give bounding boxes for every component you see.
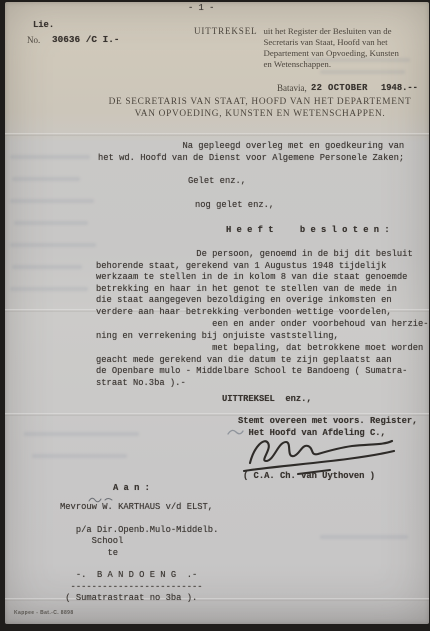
addressee-label: A a n : — [113, 483, 150, 495]
decision-paragraph: De persoon, genoemd in de bij dit beslui… — [96, 249, 413, 319]
ghost-text-line — [10, 243, 96, 247]
ghost-text-line — [320, 535, 408, 539]
decision-heading: H e e f t b e s l o t e n : — [226, 225, 390, 237]
consultation-paragraph: Na gepleegd overleg met en goedkeuring v… — [98, 141, 404, 164]
nog-gelet-clause: nog gelet enz., — [195, 200, 274, 212]
addressee-block: Mevrouw W. KARTHAUS v/d ELST, p/a Dir.Op… — [60, 502, 218, 605]
ghost-text-line — [32, 454, 127, 458]
ghost-text-line — [12, 177, 80, 181]
ghost-text-line — [10, 155, 90, 159]
placement-paragraph: met bepaling, dat betrokkene moet worden… — [96, 343, 423, 389]
reservation-paragraph: een en ander onder voorbehoud van herzie… — [96, 319, 429, 342]
ghost-text-line — [320, 70, 405, 74]
extract-header-text: uit het Register der Besluiten van de Se… — [264, 26, 399, 70]
page-number: - 1 - — [188, 3, 214, 15]
extract-header: UITTREKSEL uit het Register der Besluite… — [194, 26, 399, 70]
issuer-title-line2: VAN OPVOEDING, KUNSTEN EN WETENSCHAPPEN. — [100, 109, 420, 119]
extract-closing: UITTREKSEL enz., — [222, 394, 312, 406]
fold-crease — [5, 133, 429, 136]
document-number: 30636 /C I.- — [52, 34, 120, 46]
printer-imprint: Kappee - Bat.-C. 8898 — [14, 610, 74, 616]
ghost-text-line — [24, 432, 139, 436]
extract-header-label: UITTREKSEL — [194, 26, 258, 36]
ghost-text-line — [12, 265, 82, 269]
issuer-title-line1: DE SECRETARIS VAN STAAT, HOOFD VAN HET D… — [100, 97, 420, 107]
ghost-text-line — [10, 287, 88, 291]
document-number-label: No. — [27, 35, 40, 45]
dateline-place: Batavia, — [277, 83, 307, 93]
signatory-name: ( C.A. Ch. van Uythoven ) — [243, 471, 375, 483]
dateline-date: 22 OCTOBER — [311, 83, 368, 95]
document-photo: - 1 - Lie. No. 30636 /C I.- UITTREKSEL u… — [0, 0, 430, 631]
dateline-year: 1948.-- — [381, 83, 418, 95]
gelet-clause: Gelet enz., — [188, 176, 246, 188]
ghost-text-line — [14, 221, 88, 225]
reference-code: Lie. — [33, 20, 54, 32]
ghost-text-line — [10, 199, 94, 203]
